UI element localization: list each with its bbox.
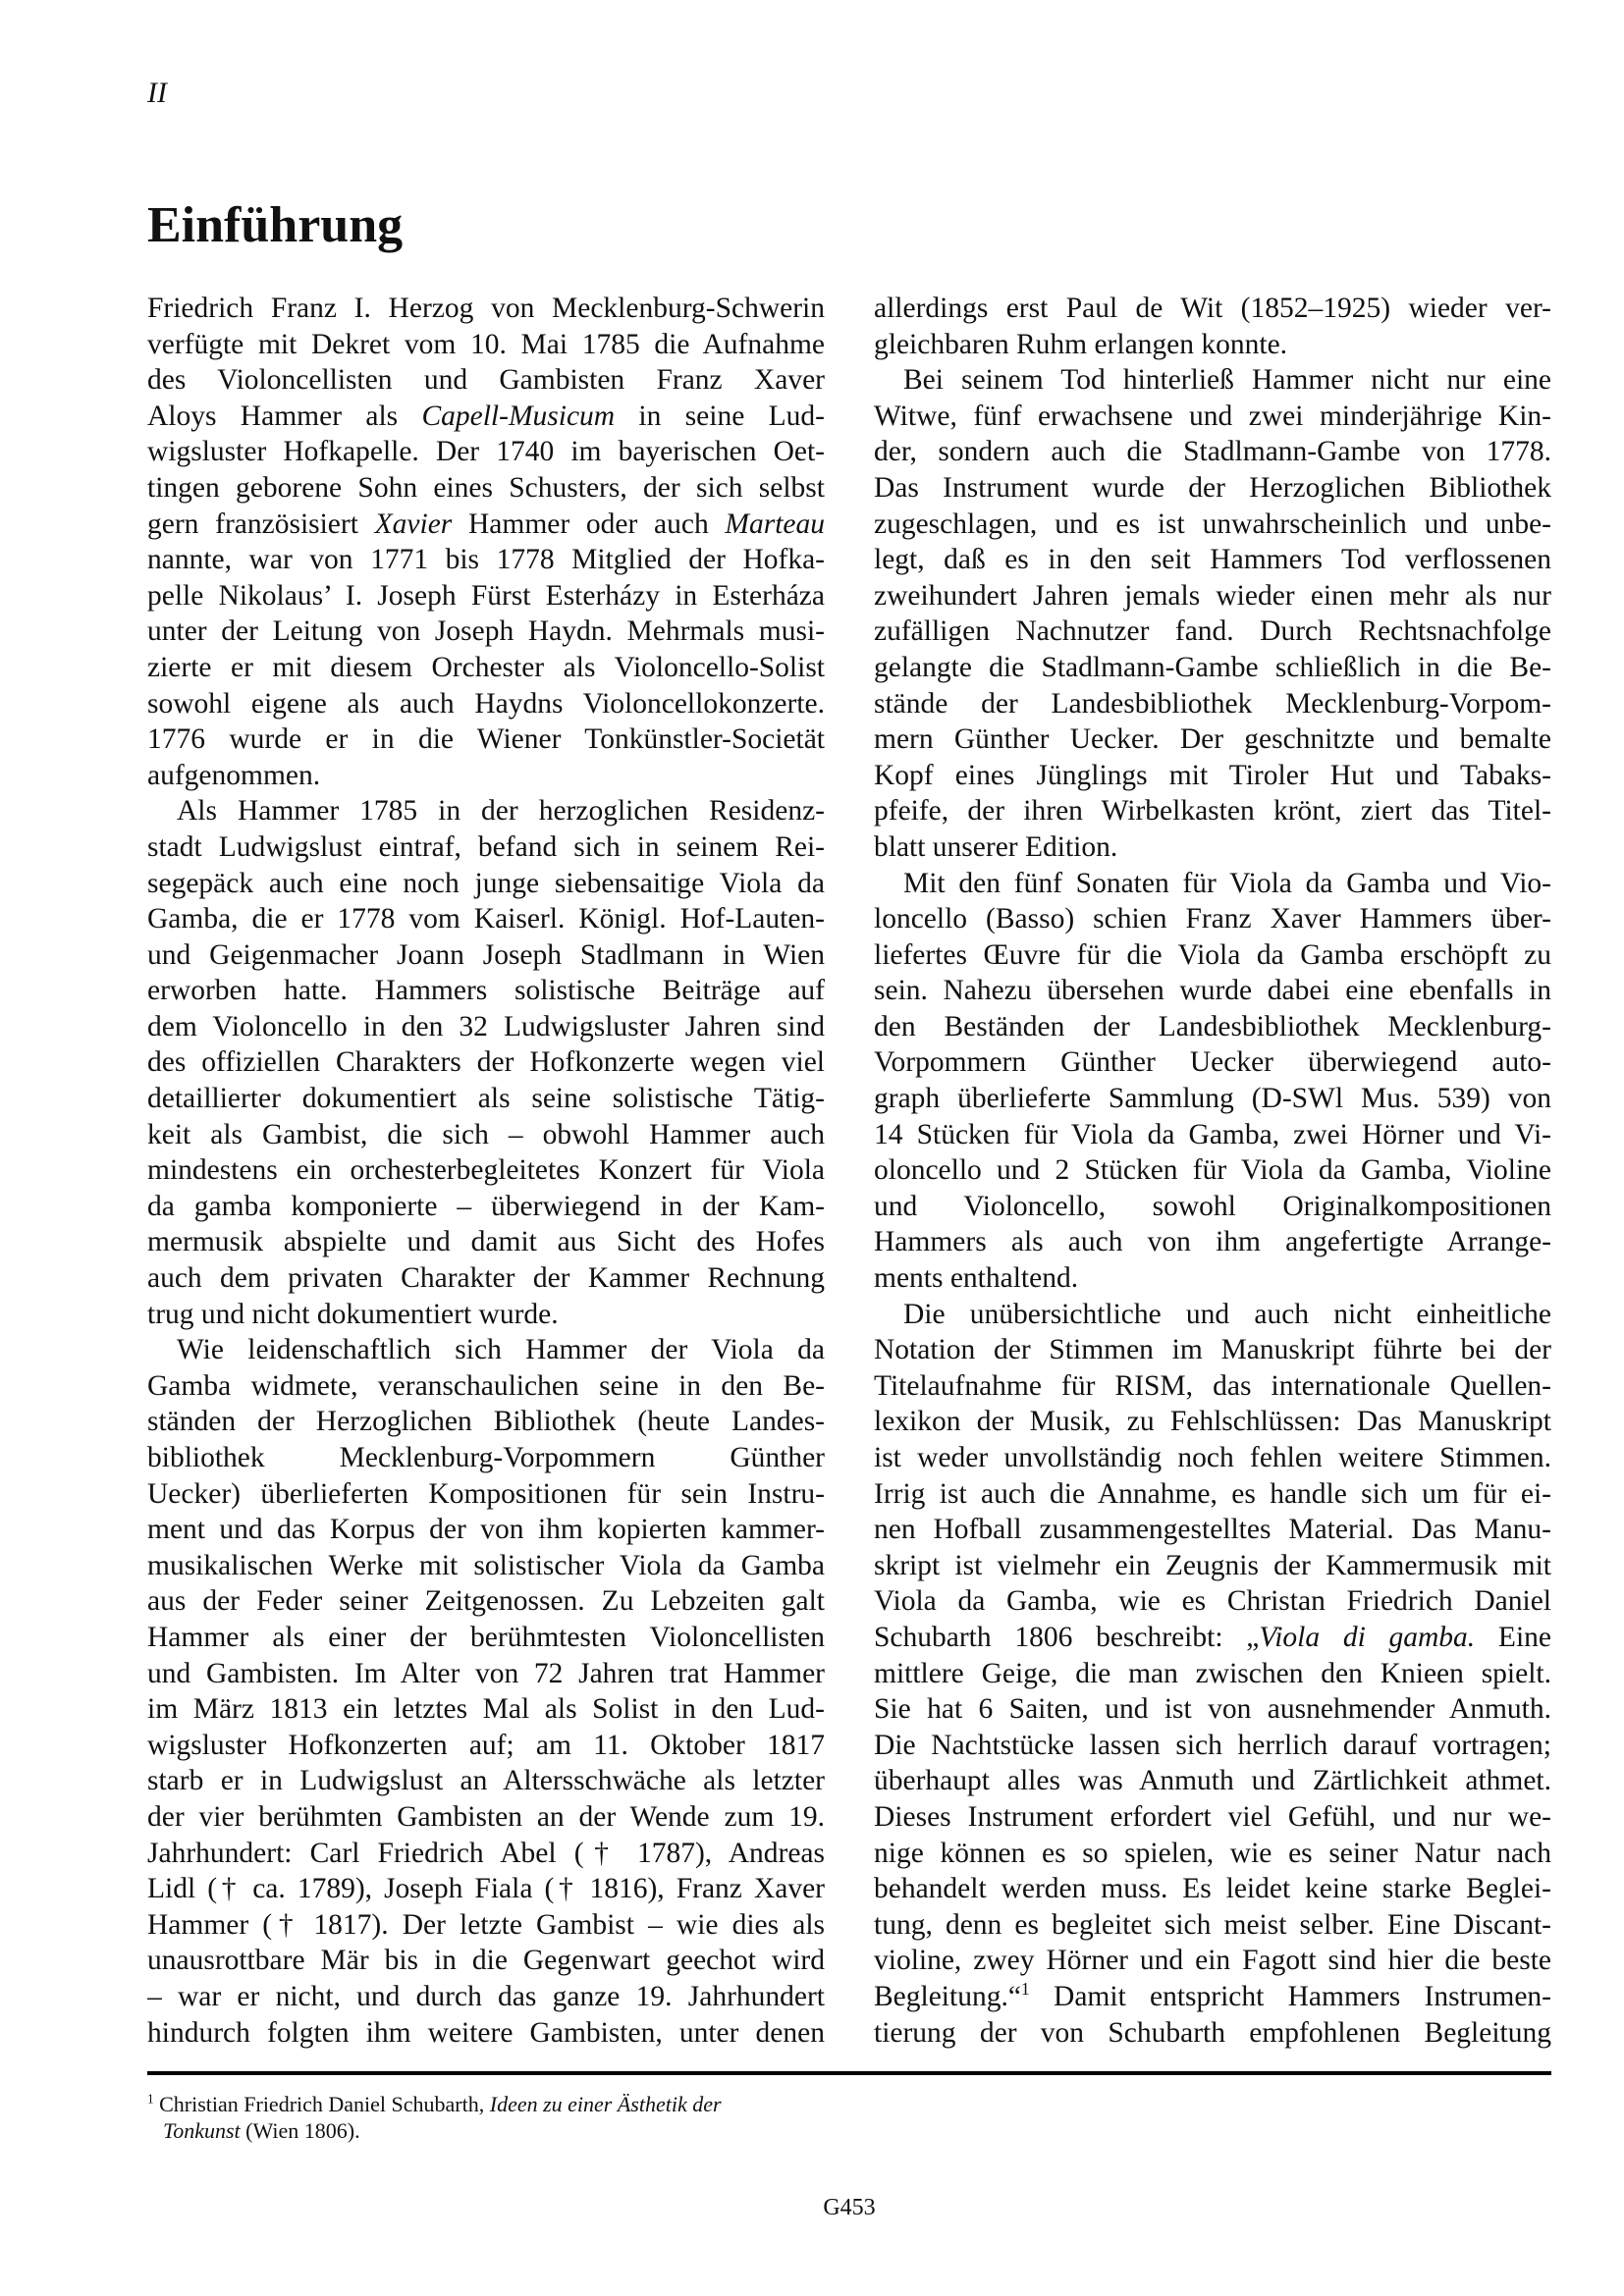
text-line: pfeife, der ihren Wirbelkasten krönt, zi… bbox=[874, 793, 1551, 829]
text-line: sein. Nahezu übersehen wurde dabei eine … bbox=[874, 973, 1551, 1009]
text-line: trug und nicht dokumentiert wurde. bbox=[147, 1297, 825, 1333]
text-line: Notation der Stimmen im Manuskript führt… bbox=[874, 1332, 1551, 1368]
text-line: Lidl († ca. 1789), Joseph Fiala († 1816)… bbox=[147, 1871, 825, 1907]
text-line: Kopf eines Jünglings mit Tiroler Hut und… bbox=[874, 758, 1551, 794]
text-line: Das Instrument wurde der Herzoglichen Bi… bbox=[874, 470, 1551, 507]
footnote-title: Ideen zu einer Ästhetik der bbox=[490, 2092, 722, 2116]
text-line: gleichbaren Ruhm erlangen konnte. bbox=[874, 327, 1551, 363]
text-line: nannte, war von 1771 bis 1778 Mitglied d… bbox=[147, 542, 825, 578]
text-line: tierung der von Schubarth empfohlenen Be… bbox=[874, 2015, 1551, 2052]
text-line: pelle Nikolaus’ I. Joseph Fürst Esterház… bbox=[147, 578, 825, 614]
text-line: den Beständen der Landesbibliothek Meckl… bbox=[874, 1009, 1551, 1045]
text-line: Als Hammer 1785 in der herzoglichen Resi… bbox=[147, 793, 825, 829]
running-head: II bbox=[147, 77, 167, 110]
text-line: Hammers als auch von ihm angefertigte Ar… bbox=[874, 1224, 1551, 1260]
footnote: 1 Christian Friedrich Daniel Schubarth, … bbox=[147, 2091, 835, 2144]
text-line: mindestens ein orchesterbegleitetes Konz… bbox=[147, 1152, 825, 1189]
text-line: zugeschlagen, und es ist unwahrscheinlic… bbox=[874, 507, 1551, 543]
text-line: ment und das Korpus der von ihm kopierte… bbox=[147, 1512, 825, 1548]
text-line: Hammer († 1817). Der letzte Gambist – wi… bbox=[147, 1907, 825, 1944]
text-line: unter der Leitung von Joseph Haydn. Mehr… bbox=[147, 614, 825, 650]
text-line: stände der Landesbibliothek Mecklenburg-… bbox=[874, 686, 1551, 722]
footnote-line-1: 1 Christian Friedrich Daniel Schubarth, … bbox=[147, 2092, 722, 2116]
text-line: wigsluster Hofkapelle. Der 1740 im bayer… bbox=[147, 434, 825, 470]
text-line: tingen geborene Sohn eines Schusters, de… bbox=[147, 470, 825, 507]
text-line: sowohl eigene als auch Haydns Violoncell… bbox=[147, 686, 825, 722]
footnote-marker: 1 bbox=[147, 2092, 154, 2107]
text-line: behandelt werden muss. Es leidet keine s… bbox=[874, 1871, 1551, 1907]
footnote-publication: (Wien 1806). bbox=[241, 2118, 360, 2143]
text-line: segepäck auch eine noch junge siebensait… bbox=[147, 866, 825, 902]
text-line: 1776 wurde er in die Wiener Tonkünstler-… bbox=[147, 721, 825, 758]
text-line: allerdings erst Paul de Wit (1852–1925) … bbox=[874, 291, 1551, 327]
text-line: 14 Stücken für Viola da Gamba, zwei Hörn… bbox=[874, 1117, 1551, 1153]
text-line: musikalischen Werke mit solistischer Vio… bbox=[147, 1548, 825, 1584]
text-line: – war er nicht, und durch das ganze 19. … bbox=[147, 1979, 825, 2015]
text-line: blatt unserer Edition. bbox=[874, 829, 1551, 866]
text-line: und Violoncello, sowohl Originalkomposit… bbox=[874, 1189, 1551, 1225]
text-line: Hammer als einer der berühmtesten Violon… bbox=[147, 1620, 825, 1656]
text-line: bibliothek Mecklenburg-Vorpommern Günthe… bbox=[147, 1440, 825, 1476]
text-line: lexikon der Musik, zu Fehlschlüssen: Das… bbox=[874, 1404, 1551, 1440]
text-line: dem Violoncello in den 32 Ludwigsluster … bbox=[147, 1009, 825, 1045]
text-line: Schubarth 1806 beschreibt: „Viola di gam… bbox=[874, 1620, 1551, 1656]
text-line: zweihundert Jahren jemals wieder einen m… bbox=[874, 578, 1551, 614]
text-line: Uecker) überlieferten Kompositionen für … bbox=[147, 1476, 825, 1513]
text-line: des Violoncellisten und Gambisten Franz … bbox=[147, 362, 825, 399]
text-line: zufälligen Nachnutzer fand. Durch Rechts… bbox=[874, 614, 1551, 650]
text-line: keit als Gambist, die sich – obwohl Hamm… bbox=[147, 1117, 825, 1153]
text-line: Sie hat 6 Saiten, und ist von ausnehmend… bbox=[874, 1691, 1551, 1728]
text-line: Aloys Hammer als Capell-Musicum in seine… bbox=[147, 399, 825, 435]
right-column: allerdings erst Paul de Wit (1852–1925) … bbox=[874, 291, 1551, 2051]
text-line: starb er in Ludwigslust an Altersschwäch… bbox=[147, 1763, 825, 1799]
text-line: der, sondern auch die Stadlmann-Gambe vo… bbox=[874, 434, 1551, 470]
text-line: und Gambisten. Im Alter von 72 Jahren tr… bbox=[147, 1656, 825, 1692]
text-line: Vorpommern Günther Uecker überwiegend au… bbox=[874, 1044, 1551, 1081]
text-line: stadt Ludwigslust eintraf, befand sich i… bbox=[147, 829, 825, 866]
text-line: überhaupt alles was Anmuth und Zärtlichk… bbox=[874, 1763, 1551, 1799]
text-line: gern französisiert Xavier Hammer oder au… bbox=[147, 507, 825, 543]
text-line: verfügte mit Dekret vom 10. Mai 1785 die… bbox=[147, 327, 825, 363]
text-line: Die Nachtstücke lassen sich herrlich dar… bbox=[874, 1728, 1551, 1764]
text-line: graph überlieferte Sammlung (D-SWl Mus. … bbox=[874, 1081, 1551, 1117]
text-line: aus der Feder seiner Zeitgenossen. Zu Le… bbox=[147, 1583, 825, 1620]
footnote-separator-rule bbox=[147, 2071, 1551, 2075]
text-line: Gamba, die er 1778 vom Kaiserl. Königl. … bbox=[147, 901, 825, 937]
text-line: aufgenommen. bbox=[147, 758, 825, 794]
text-line: Gamba widmete, veranschaulichen seine in… bbox=[147, 1368, 825, 1405]
text-line: erworben hatte. Hammers solistische Beit… bbox=[147, 973, 825, 1009]
text-line: legt, daß es in den seit Hammers Tod ver… bbox=[874, 542, 1551, 578]
text-line: Die unübersichtliche und auch nicht einh… bbox=[874, 1297, 1551, 1333]
text-line: oloncello und 2 Stücken für Viola da Gam… bbox=[874, 1152, 1551, 1189]
text-line: Begleitung.“1 Damit entspricht Hammers I… bbox=[874, 1979, 1551, 2015]
text-line: hindurch folgten ihm weitere Gambisten, … bbox=[147, 2015, 825, 2052]
text-line: mittlere Geige, die man zwischen den Kni… bbox=[874, 1656, 1551, 1692]
text-line: ist weder unvollständig noch fehlen weit… bbox=[874, 1440, 1551, 1476]
text-line: Titelaufnahme für RISM, das internationa… bbox=[874, 1368, 1551, 1405]
text-line: Witwe, fünf erwachsene und zwei minderjä… bbox=[874, 399, 1551, 435]
text-line: Mit den fünf Sonaten für Viola da Gamba … bbox=[874, 866, 1551, 902]
footnote-title-cont: Tonkunst bbox=[163, 2118, 241, 2143]
text-line: im März 1813 ein letztes Mal als Solist … bbox=[147, 1691, 825, 1728]
page-title: Einführung bbox=[147, 196, 403, 254]
text-line: Friedrich Franz I. Herzog von Mecklenbur… bbox=[147, 291, 825, 327]
text-line: da gamba komponierte – überwiegend in de… bbox=[147, 1189, 825, 1225]
text-line: nige können es so spielen, wie es seiner… bbox=[874, 1836, 1551, 1872]
text-line: unausrottbare Mär bis in die Gegenwart g… bbox=[147, 1943, 825, 1979]
text-line: ständen der Herzoglichen Bibliothek (heu… bbox=[147, 1404, 825, 1440]
text-line: loncello (Basso) schien Franz Xaver Hamm… bbox=[874, 901, 1551, 937]
text-line: auch dem privaten Charakter der Kammer R… bbox=[147, 1260, 825, 1297]
text-line: des offiziellen Charakters der Hofkonzer… bbox=[147, 1044, 825, 1081]
text-line: mermusik abspielte und damit aus Sicht d… bbox=[147, 1224, 825, 1260]
footnote-line-2: Tonkunst (Wien 1806). bbox=[147, 2117, 835, 2144]
text-line: liefertes Œuvre für die Viola da Gamba e… bbox=[874, 937, 1551, 974]
text-line: Jahrhundert: Carl Friedrich Abel († 1787… bbox=[147, 1836, 825, 1872]
text-line: detaillierter dokumentiert als seine sol… bbox=[147, 1081, 825, 1117]
text-line: ments enthaltend. bbox=[874, 1260, 1551, 1297]
text-line: Viola da Gamba, wie es Christan Friedric… bbox=[874, 1583, 1551, 1620]
text-line: nen Hofball zusammengestelltes Material.… bbox=[874, 1512, 1551, 1548]
text-line: skript ist vielmehr ein Zeugnis der Kamm… bbox=[874, 1548, 1551, 1584]
footnote-author: Christian Friedrich Daniel Schubarth, bbox=[154, 2092, 490, 2116]
text-line: Wie leidenschaftlich sich Hammer der Vio… bbox=[147, 1332, 825, 1368]
text-line: der vier berühmten Gambisten an der Wend… bbox=[147, 1799, 825, 1836]
text-line: Dieses Instrument erfordert viel Gefühl,… bbox=[874, 1799, 1551, 1836]
text-line: Bei seinem Tod hinterließ Hammer nicht n… bbox=[874, 362, 1551, 399]
left-column: Friedrich Franz I. Herzog von Mecklenbur… bbox=[147, 291, 825, 2051]
text-line: tung, denn es begleitet sich meist selbe… bbox=[874, 1907, 1551, 1944]
text-line: Irrig ist auch die Annahme, es handle si… bbox=[874, 1476, 1551, 1513]
text-line: wigsluster Hofkonzerten auf; am 11. Okto… bbox=[147, 1728, 825, 1764]
text-line: zierte er mit diesem Orchester als Violo… bbox=[147, 650, 825, 686]
text-line: gelangte die Stadlmann-Gambe schließlich… bbox=[874, 650, 1551, 686]
text-line: violine, zwey Hörner und ein Fagott sind… bbox=[874, 1943, 1551, 1979]
page-number: G453 bbox=[0, 2195, 1624, 2221]
text-line: mern Günther Uecker. Der geschnitzte und… bbox=[874, 721, 1551, 758]
text-line: und Geigenmacher Joann Joseph Stadlmann … bbox=[147, 937, 825, 974]
